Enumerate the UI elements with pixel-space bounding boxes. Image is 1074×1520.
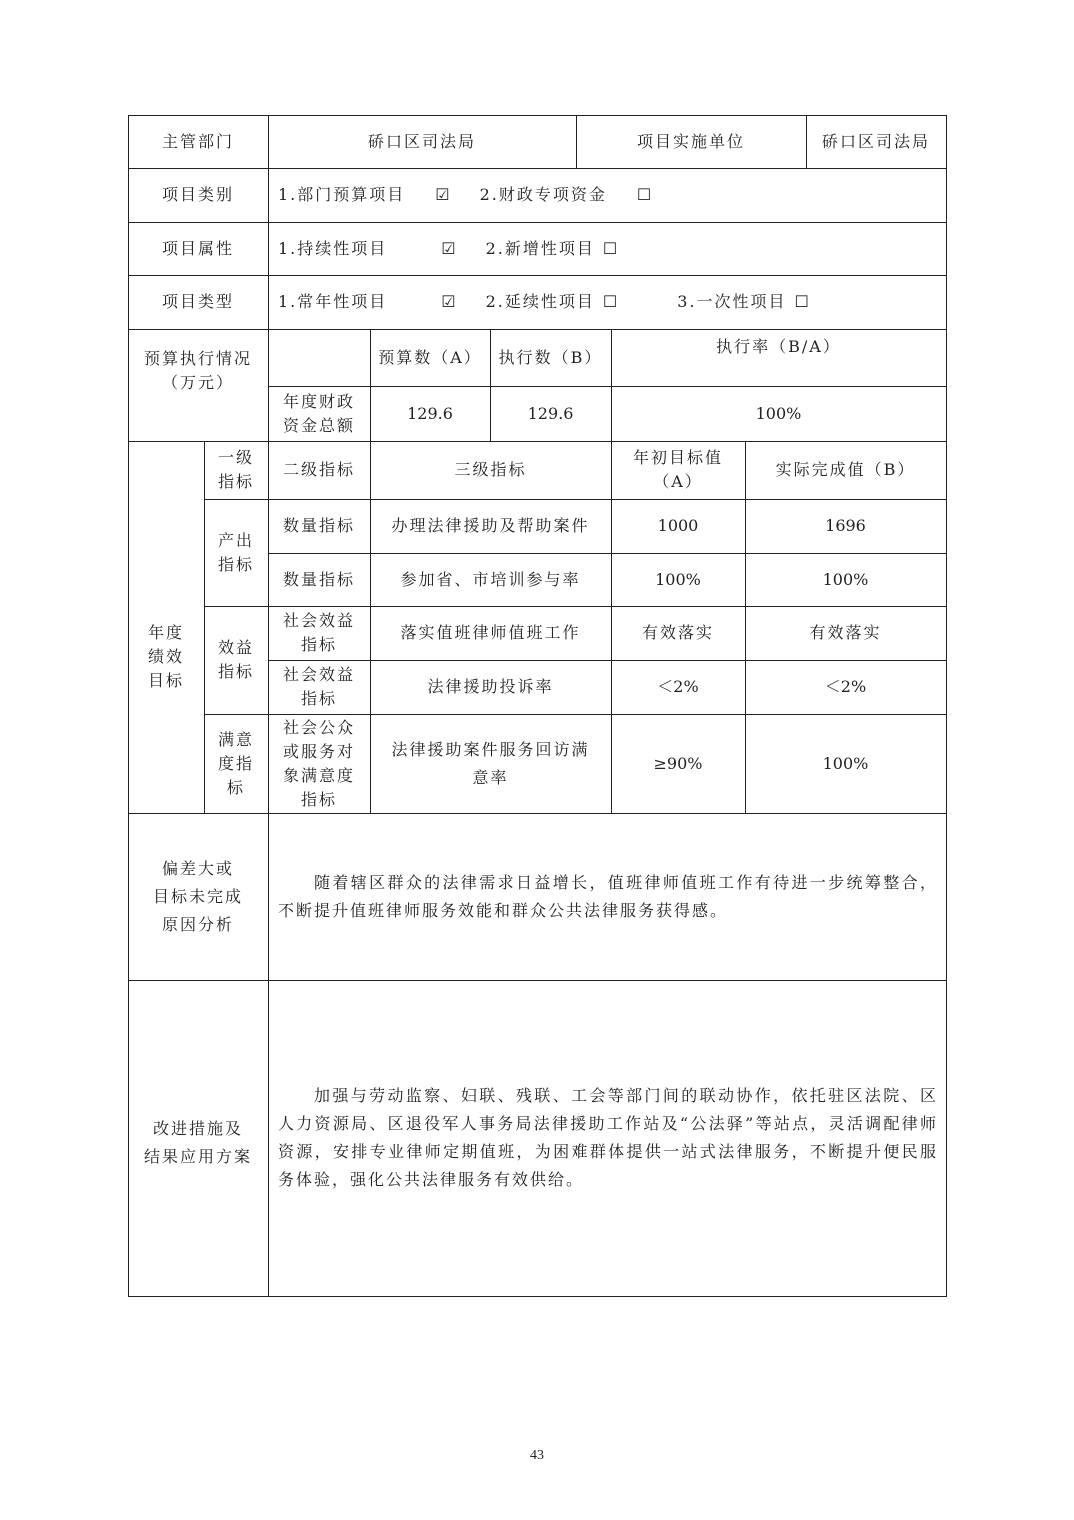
deviation-text: 随着辖区群众的法律需求日益增长，值班律师值班工作有待进一步统筹整合，不断提升值班… xyxy=(278,869,938,925)
table-row-1-target: 100% xyxy=(611,553,745,606)
label-line: 标 xyxy=(227,776,245,800)
rate-value: 100% xyxy=(611,386,946,441)
improvement-text: 加强与劳动监察、妇联、残联、工会等部门间的联动协作，依托驻区法院、区人力资源局、… xyxy=(278,1082,938,1194)
label-line: 法律援助案件服务回访满 xyxy=(391,736,589,764)
label-line: 度指 xyxy=(218,752,254,776)
rate-col-header: 执行率（B/A） xyxy=(611,329,946,386)
label-line: 年度 xyxy=(148,621,184,645)
label-line: 象满意度 xyxy=(283,764,355,788)
label-line: 偏差大或 xyxy=(162,855,234,883)
label-line: 或服务对 xyxy=(283,740,355,764)
label-line: 指标 xyxy=(301,633,337,657)
page-number: 43 xyxy=(0,1448,1074,1464)
option-label: 2.财政专项资金 xyxy=(480,183,607,207)
type-label: 项目类型 xyxy=(128,275,268,329)
annual-fund-label: 年度财政 资金总额 xyxy=(268,386,370,441)
table-row-4-actual: 100% xyxy=(745,714,946,813)
checkbox-empty-icon[interactable]: ☐ xyxy=(795,290,811,314)
type-option-annual[interactable]: 1.常年性项目 ☑ xyxy=(278,290,458,314)
label-line: 结果应用方案 xyxy=(144,1143,252,1171)
category-options: 1.部门预算项目 ☑ 2.财政专项资金 ☐ xyxy=(268,168,946,222)
label-line: 年度财政 xyxy=(283,390,355,414)
table-row-0-actual: 1696 xyxy=(745,499,946,553)
checkbox-checked-icon[interactable]: ☑ xyxy=(441,290,457,314)
attribute-options: 1.持续性项目 ☑ 2.新增性项目 ☐ xyxy=(268,222,946,275)
checkbox-checked-icon[interactable]: ☑ xyxy=(435,183,451,207)
table-row-0-target: 1000 xyxy=(611,499,745,553)
budget-section-label: 预算执行情况 （万元） xyxy=(128,329,268,441)
deviation-label: 偏差大或 目标未完成 原因分析 xyxy=(128,813,268,980)
label-line: 改进措施及 xyxy=(153,1115,243,1143)
option-label: 2.新增性项目 xyxy=(486,237,595,261)
table-row-4-level3: 法律援助案件服务回访满 意率 xyxy=(370,714,611,813)
label-line: 指标 xyxy=(301,687,337,711)
table-row-4-level2: 社会公众 或服务对 象满意度 指标 xyxy=(268,714,370,813)
table-row-2-actual: 有效落实 xyxy=(745,606,946,660)
group-benefit-label: 效益 指标 xyxy=(204,606,268,714)
exec-value: 129.6 xyxy=(490,386,611,441)
label-line: 资金总额 xyxy=(283,414,355,438)
category-label: 项目类别 xyxy=(128,168,268,222)
label-line: 原因分析 xyxy=(162,911,234,939)
label-line: 目标 xyxy=(148,669,184,693)
impl-value: 硚口区司法局 xyxy=(806,115,946,168)
type-option-extended[interactable]: 2.延续性项目 ☐ xyxy=(486,290,620,314)
label-line: 一级 xyxy=(218,446,254,470)
category-option-dept-budget[interactable]: 1.部门预算项目 ☑ xyxy=(278,183,452,207)
category-option-special-fund[interactable]: 2.财政专项资金 ☐ xyxy=(480,183,654,207)
label-line: 绩效 xyxy=(148,645,184,669)
table-row-1-actual: 100% xyxy=(745,553,946,606)
exec-col-header: 执行数（B） xyxy=(490,329,611,386)
option-label: 1.部门预算项目 xyxy=(278,183,405,207)
table-row-3-level3: 法律援助投诉率 xyxy=(370,660,611,714)
label-line: 指标 xyxy=(218,660,254,684)
performance-section-label: 年度 绩效 目标 xyxy=(128,441,204,813)
table-row-4-target: ≥90% xyxy=(611,714,745,813)
label-line: 满意 xyxy=(218,728,254,752)
label-line: 指标 xyxy=(218,470,254,494)
option-label: 3.一次性项目 xyxy=(677,290,786,314)
checkbox-empty-icon[interactable]: ☐ xyxy=(637,183,653,207)
type-options: 1.常年性项目 ☑ 2.延续性项目 ☐ 3.一次性项目 ☐ xyxy=(268,275,946,329)
table-row-3-target: ＜2% xyxy=(611,660,745,714)
label-line: （A） xyxy=(653,470,703,494)
label-line: 效益 xyxy=(218,636,254,660)
option-label: 1.持续性项目 xyxy=(278,237,387,261)
table-row-3-level2: 社会效益 指标 xyxy=(268,660,370,714)
impl-label: 项目实施单位 xyxy=(576,115,806,168)
table-row-0-level2: 数量指标 xyxy=(268,499,370,553)
label-line: 产出 xyxy=(218,529,254,553)
improvement-label: 改进措施及 结果应用方案 xyxy=(128,980,268,1296)
actual-header: 实际完成值（B） xyxy=(745,441,946,499)
group-satisfaction-label: 满意 度指 标 xyxy=(204,714,268,813)
label-line: 预算执行情况 xyxy=(144,347,252,371)
table-row-2-level3: 落实值班律师值班工作 xyxy=(370,606,611,660)
label-line: 指标 xyxy=(218,553,254,577)
label-line: 社会效益 xyxy=(283,663,355,687)
budget-value: 129.6 xyxy=(370,386,490,441)
label-line: 目标未完成 xyxy=(153,883,243,911)
level2-header: 二级指标 xyxy=(268,441,370,499)
attribute-label: 项目属性 xyxy=(128,222,268,275)
table-row-1-level2: 数量指标 xyxy=(268,553,370,606)
checkbox-checked-icon[interactable]: ☑ xyxy=(441,237,457,261)
option-label: 2.延续性项目 xyxy=(486,290,595,314)
label-line: 社会效益 xyxy=(283,609,355,633)
label-line: 社会公众 xyxy=(283,716,355,740)
label-line: 年初目标值 xyxy=(633,446,723,470)
checkbox-empty-icon[interactable]: ☐ xyxy=(603,237,619,261)
attribute-option-continuing[interactable]: 1.持续性项目 ☑ xyxy=(278,237,458,261)
label-line: （万元） xyxy=(162,371,234,395)
budget-col-header: 预算数（A） xyxy=(370,329,490,386)
label-line: 意率 xyxy=(472,764,508,792)
label-line: 指标 xyxy=(301,788,337,812)
table-row-3-actual: ＜2% xyxy=(745,660,946,714)
type-option-one-time[interactable]: 3.一次性项目 ☐ xyxy=(677,290,811,314)
checkbox-empty-icon[interactable]: ☐ xyxy=(603,290,619,314)
table-row-2-level2: 社会效益 指标 xyxy=(268,606,370,660)
row-divider xyxy=(128,1296,947,1297)
dept-label: 主管部门 xyxy=(128,115,268,168)
table-row-1-level3: 参加省、市培训参与率 xyxy=(370,553,611,606)
group-output-label: 产出 指标 xyxy=(204,499,268,606)
attribute-option-new[interactable]: 2.新增性项目 ☐ xyxy=(486,237,620,261)
table-row-2-target: 有效落实 xyxy=(611,606,745,660)
level3-header: 三级指标 xyxy=(370,441,611,499)
option-label: 1.常年性项目 xyxy=(278,290,387,314)
table-row-0-level3: 办理法律援助及帮助案件 xyxy=(370,499,611,553)
dept-value: 硚口区司法局 xyxy=(268,115,576,168)
level1-header: 一级 指标 xyxy=(204,441,268,499)
target-header: 年初目标值 （A） xyxy=(611,441,745,499)
col-divider xyxy=(946,115,947,1297)
